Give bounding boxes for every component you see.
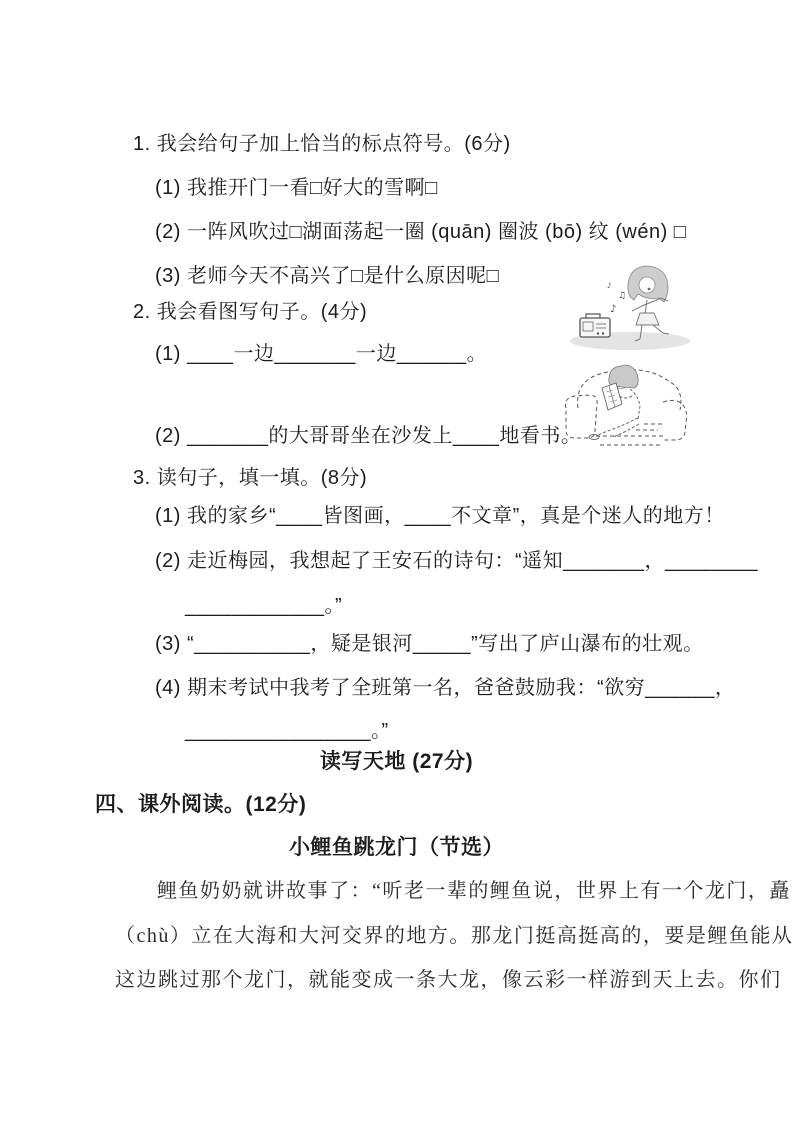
svg-text:♪: ♪ [610, 304, 616, 315]
question-2-item-2: (2) _______的大哥哥坐在沙发上____地看书。 [155, 424, 581, 448]
question-2-item-1: (1) ____一边_______一边______。 [155, 342, 487, 366]
question-1-item-2: (2) 一阵风吹过□湖面荡起一圈 (quān) 圈波 (bō) 纹 (wén) … [155, 220, 686, 244]
question-3-item-4-continuation: ________________。” [185, 719, 389, 743]
dancing-girl-illustration: ♪ ♫ ♪ [560, 256, 705, 356]
passage-line-3: 这边跳过那个龙门，就能变成一条大龙，像云彩一样游到天上去。你们 [115, 968, 782, 992]
girl-figure [628, 266, 669, 341]
music-notes-icon: ♪ ♫ ♪ [607, 282, 626, 315]
question-3-item-3: (3) “__________，疑是银河_____”写出了庐山瀑布的壮观。 [155, 632, 704, 656]
passage-line-1: 鲤鱼奶奶就讲故事了：“听老一辈的鲤鱼说，世界上有一个龙门，矗 [157, 879, 791, 903]
svg-text:♪: ♪ [607, 282, 611, 290]
question-3-item-2-continuation: ____________。” [185, 594, 342, 618]
question-2-header: 2. 我会看图写句子。(4分) [133, 300, 367, 324]
radio-icon [580, 314, 610, 337]
section-title-reading-writing: 读写天地 (27分) [0, 750, 793, 774]
svg-text:♫: ♫ [618, 291, 626, 301]
question-4-header: 四、课外阅读。(12分) [95, 793, 306, 817]
passage-title: 小鲤鱼跳龙门（节选） [0, 836, 793, 860]
question-1-header: 1. 我会给句子加上恰当的标点符号。(6分) [133, 132, 511, 156]
question-3-item-4: (4) 期末考试中我考了全班第一名，爸爸鼓励我：“欲穷______， [155, 676, 735, 700]
passage-line-2: （chù）立在大海和大河交界的地方。那龙门挺高挺高的，要是鲤鱼能从 [115, 924, 793, 948]
exam-page: 1. 我会给句子加上恰当的标点符号。(6分) (1) 我推开门一看□好大的雪啊□… [0, 0, 793, 1122]
question-3-item-1: (1) 我的家乡“____皆图画，____不文章”，真是个迷人的地方！ [155, 504, 725, 528]
reading-on-sofa-illustration [558, 356, 698, 468]
question-3-header: 3. 读句子，填一填。(8分) [133, 466, 367, 490]
question-3-item-2: (2) 走近梅园，我想起了王安石的诗句：“遥知_______，________ [155, 549, 758, 573]
question-1-item-1: (1) 我推开门一看□好大的雪啊□ [155, 176, 438, 200]
question-1-item-3: (3) 老师今天不高兴了□是什么原因呢□ [155, 264, 499, 288]
